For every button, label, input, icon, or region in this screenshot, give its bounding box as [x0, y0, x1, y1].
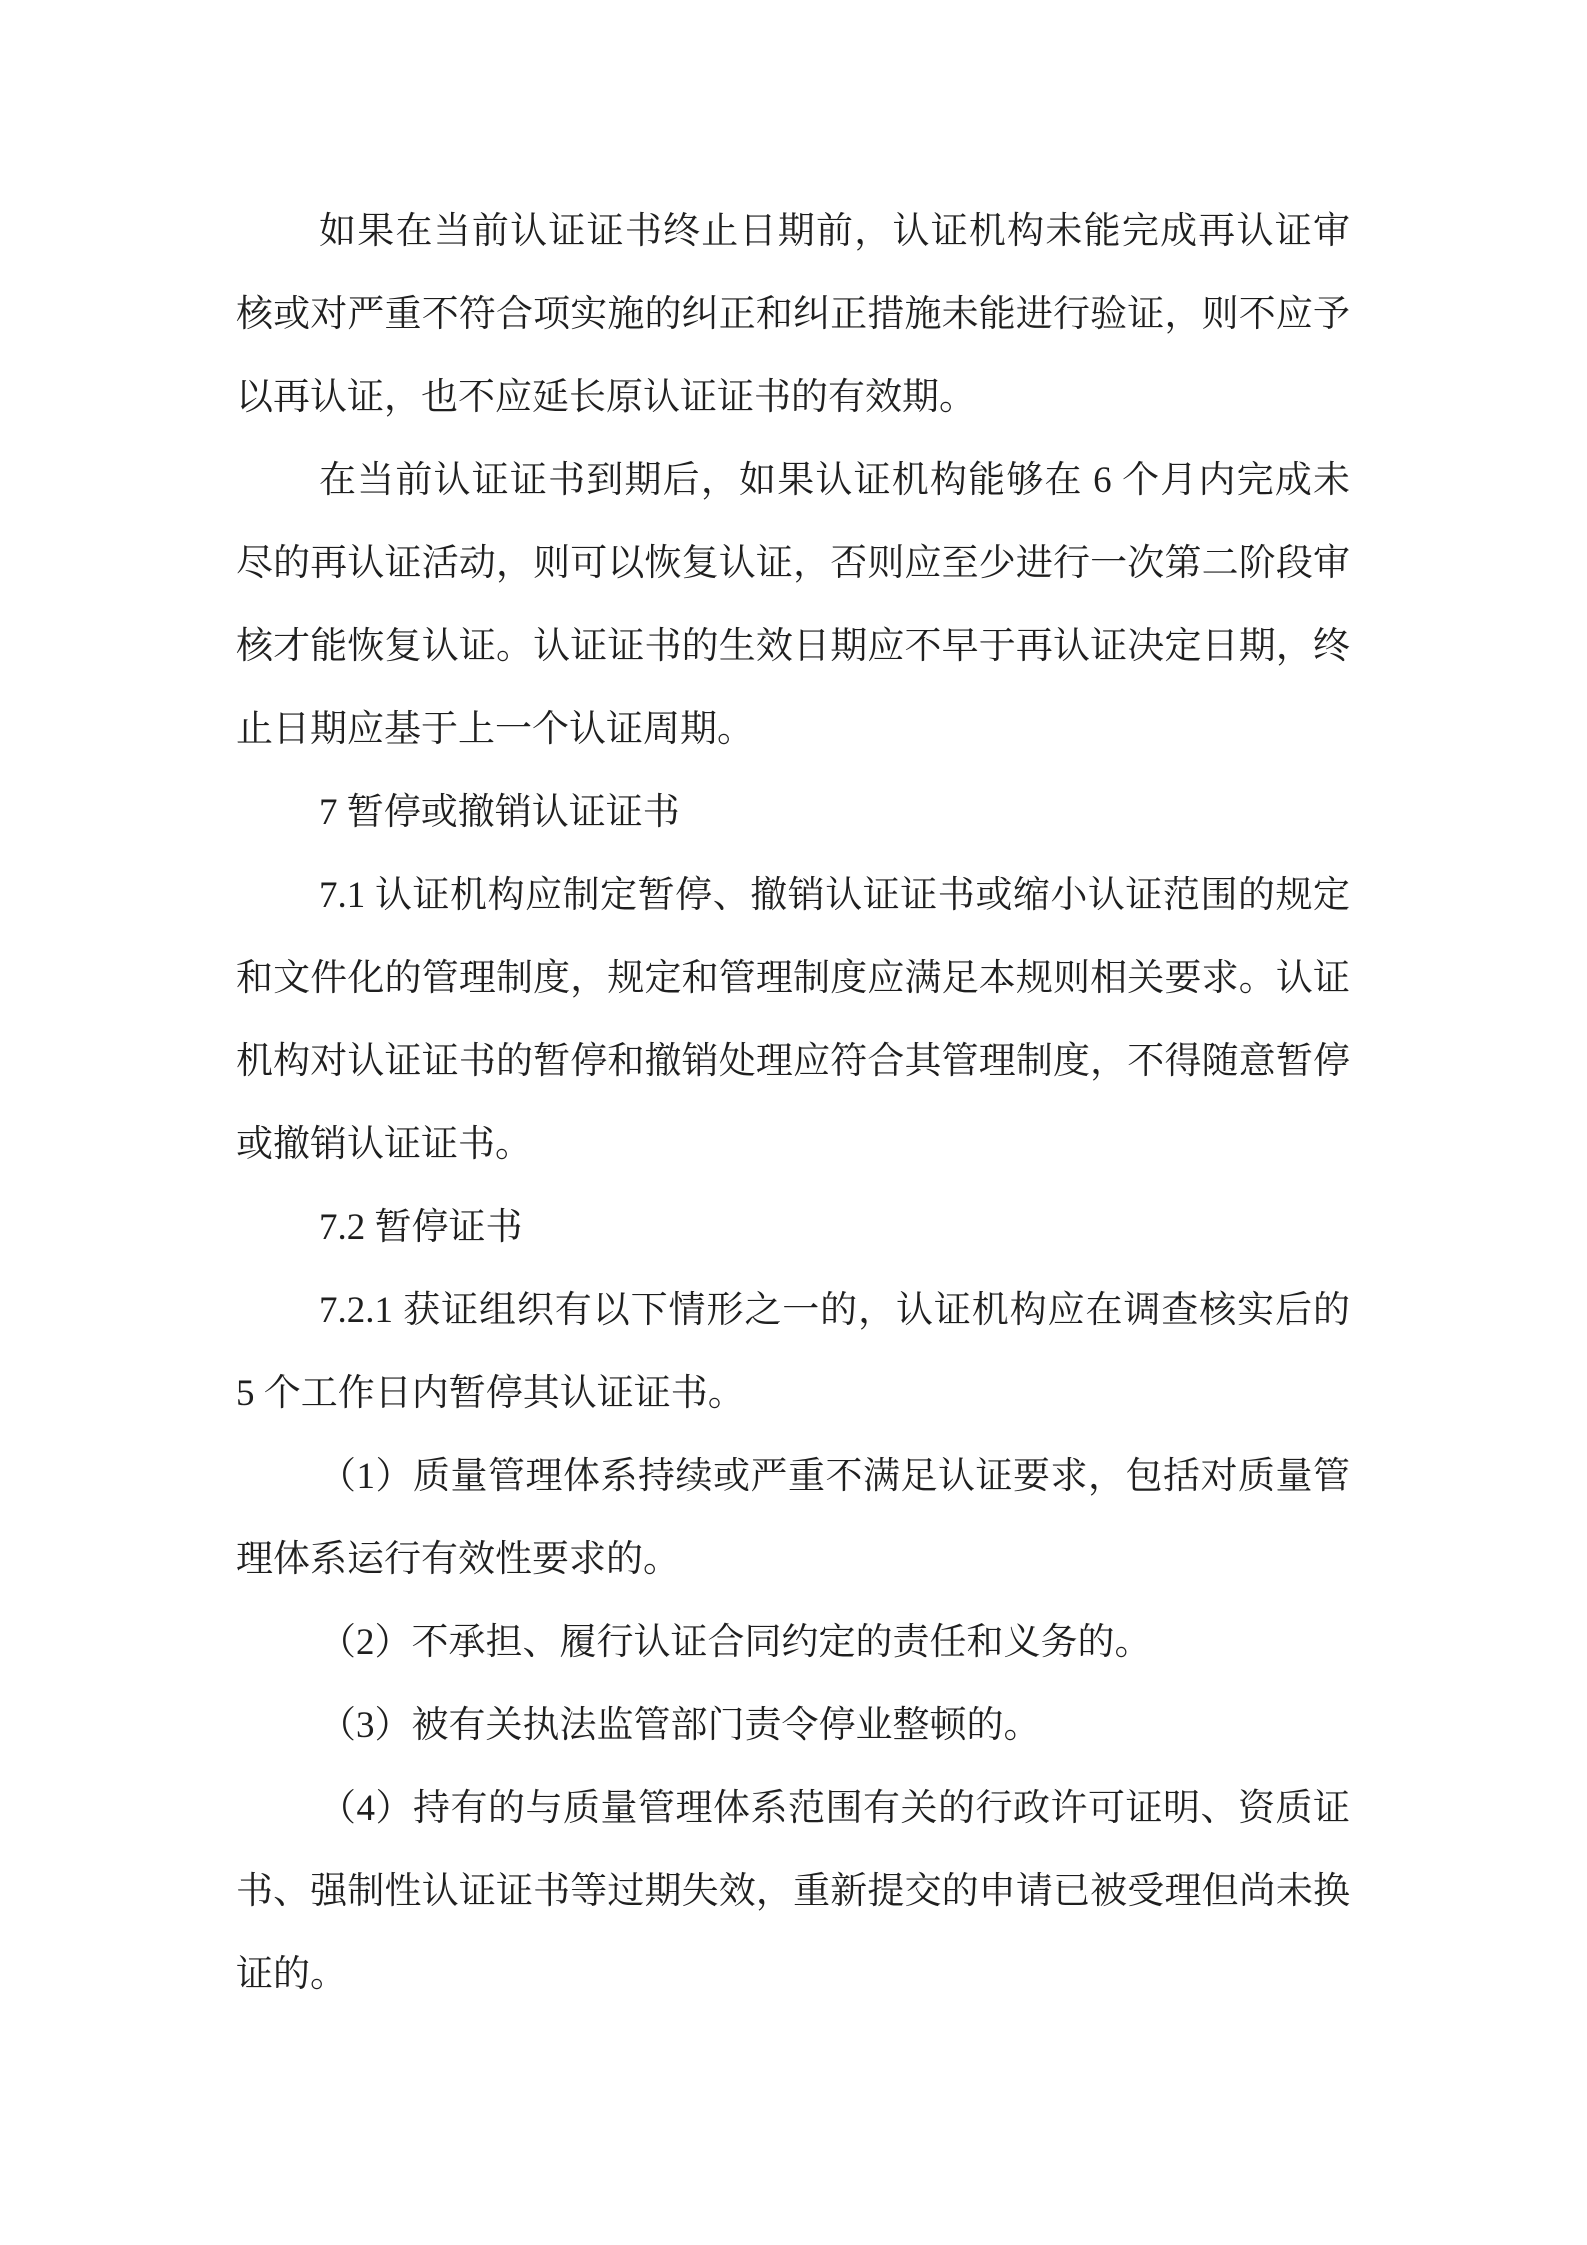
document-body: 如果在当前认证证书终止日期前，认证机构未能完成再认证审核或对严重不符合项实施的纠… — [236, 190, 1350, 2016]
document-line: 和文件化的管理制度，规定和管理制度应满足本规则相关要求。认证 — [236, 937, 1350, 1020]
document-line: （1）质量管理体系持续或严重不满足认证要求，包括对质量管 — [236, 1435, 1350, 1518]
document-line: 止日期应基于上一个认证周期。 — [236, 688, 1350, 771]
document-line: 在当前认证证书到期后，如果认证机构能够在 6 个月内完成未 — [236, 439, 1350, 522]
document-line: 书、强制性认证证书等过期失效，重新提交的申请已被受理但尚未换 — [236, 1850, 1350, 1933]
document-line: 如果在当前认证证书终止日期前，认证机构未能完成再认证审 — [236, 190, 1350, 273]
document-line: （4）持有的与质量管理体系范围有关的行政许可证明、资质证 — [236, 1767, 1350, 1850]
document-line: 以再认证，也不应延长原认证证书的有效期。 — [236, 356, 1350, 439]
document-line: 5 个工作日内暂停其认证证书。 — [236, 1352, 1350, 1435]
document-line: 核才能恢复认证。认证证书的生效日期应不早于再认证决定日期，终 — [236, 605, 1350, 688]
document-line: 尽的再认证活动，则可以恢复认证，否则应至少进行一次第二阶段审 — [236, 522, 1350, 605]
document-line: （2）不承担、履行认证合同约定的责任和义务的。 — [236, 1601, 1350, 1684]
document-line: 7.2 暂停证书 — [236, 1186, 1350, 1269]
document-line: 理体系运行有效性要求的。 — [236, 1518, 1350, 1601]
document-line: 或撤销认证证书。 — [236, 1103, 1350, 1186]
document-page: 如果在当前认证证书终止日期前，认证机构未能完成再认证审核或对严重不符合项实施的纠… — [0, 0, 1587, 2245]
document-line: 7.2.1 获证组织有以下情形之一的，认证机构应在调查核实后的 — [236, 1269, 1350, 1352]
document-line: （3）被有关执法监管部门责令停业整顿的。 — [236, 1684, 1350, 1767]
document-line: 核或对严重不符合项实施的纠正和纠正措施未能进行验证，则不应予 — [236, 273, 1350, 356]
document-line: 7.1 认证机构应制定暂停、撤销认证证书或缩小认证范围的规定 — [236, 854, 1350, 937]
document-line: 证的。 — [236, 1933, 1350, 2016]
document-line: 7 暂停或撤销认证证书 — [236, 771, 1350, 854]
document-line: 机构对认证证书的暂停和撤销处理应符合其管理制度，不得随意暂停 — [236, 1020, 1350, 1103]
